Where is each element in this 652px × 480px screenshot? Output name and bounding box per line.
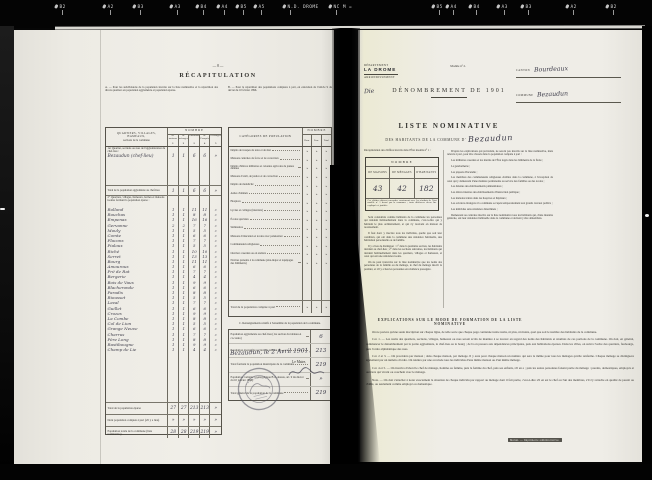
- row-label: Population agglomérée au chef-lieu (1re …: [229, 330, 310, 343]
- cell-value: 213: [200, 403, 211, 414]
- dotted-leader: [264, 210, 300, 211]
- page-title: RÉCAPITULATION: [103, 72, 333, 79]
- film-mark: A2: [566, 4, 577, 10]
- film-left-margin: [0, 26, 14, 480]
- film-artifact: [235, 4, 239, 9]
- table-row: Dépôts de troupes de terre et de mer » »…: [229, 147, 331, 156]
- row-label: Ouvriers casernés ou en ateliers: [229, 250, 303, 259]
- cell-value: »: [303, 224, 312, 233]
- section-heading-row: 2° Quartiers, villages, hameaux, fermes …: [106, 196, 221, 207]
- dotted-leader: [267, 253, 300, 254]
- cell-value: »: [210, 415, 221, 426]
- table-row: Maisons d'éducation et écoles avec pensi…: [229, 233, 331, 242]
- paragraph: Les élèves internes des établissements d…: [447, 191, 553, 194]
- row-label: Séminaires: [229, 224, 303, 233]
- film-mark-label: B5: [437, 5, 443, 10]
- cell-value: »: [322, 259, 331, 268]
- department-value: LA DROME: [364, 67, 416, 72]
- cell-value: »: [303, 301, 312, 313]
- paragraph: Col. 1. — Les noms des quartiers, sectio…: [366, 337, 634, 351]
- film-mark-label: B4: [474, 5, 480, 10]
- total-row: Population totale de la commune (liste n…: [106, 426, 221, 438]
- cell-value: 1: [168, 186, 179, 195]
- cell-value: »: [303, 242, 312, 251]
- row-label: Écoles spéciales: [229, 216, 303, 225]
- category-rows: Dépôts de troupes de terre et de mer » »…: [229, 147, 331, 267]
- cell-value: »: [312, 301, 321, 313]
- paragraph: Les individus sans résidence déterminée …: [447, 208, 553, 211]
- cell-value: »: [189, 415, 200, 426]
- film-mark: A4: [446, 4, 457, 10]
- explanations-heading: EXPLICATIONS SUR LE MODE DE FORMATION DE…: [364, 318, 536, 326]
- cell-value: 1: [168, 147, 179, 164]
- count-table-values: 43 42 182: [366, 179, 438, 199]
- film-artifact: [169, 4, 173, 9]
- cell-value: »: [303, 207, 312, 216]
- note-a: A. — Pour les subdivisions de la populat…: [105, 86, 218, 93]
- cell-value: 6: [200, 147, 211, 164]
- film-artifact: [645, 214, 649, 217]
- left-column-paragraphs: Sont considérés comme habitants de la co…: [364, 216, 442, 274]
- column-header: de ménages2: [179, 135, 190, 147]
- film-mark-label: NC M =: [334, 5, 353, 10]
- dotted-leader: [272, 150, 300, 151]
- cell-value: »: [312, 181, 321, 190]
- dotted-leader: [242, 202, 300, 203]
- cell-value: »: [303, 181, 312, 190]
- cell-value: »: [312, 164, 321, 173]
- paragraph: Il faut donc y inscrire tous les individ…: [364, 232, 442, 242]
- film-artifact: [565, 4, 569, 9]
- cell-value: »: [322, 147, 331, 156]
- cell-value: »: [322, 250, 331, 259]
- paragraph: Nota. — On doit s'attacher à noter exact…: [366, 378, 634, 387]
- cell-value: »: [312, 147, 321, 156]
- dotted-leader: [255, 185, 300, 186]
- recap-table-quartiers: QUARTIERS, VILLAGES, HAMEAUX, sections d…: [105, 127, 222, 435]
- table-row: Séminaires » » »: [229, 224, 331, 233]
- row-label: Total de la population agglomérée au che…: [106, 186, 168, 195]
- cell-value: »: [312, 233, 321, 242]
- menages-count: 42: [390, 179, 414, 198]
- paragraph: Les piquets d'incendie ;: [447, 171, 553, 174]
- cell-value: 1: [179, 147, 190, 164]
- table-row: Dépôts de mendicité » » »: [229, 181, 331, 190]
- cell-value: »: [303, 250, 312, 259]
- handwritten-entry: Bezaudun (chef-lieu): [108, 154, 166, 159]
- dotted-leader: [284, 236, 300, 237]
- canton-label: CANTON: [516, 69, 530, 72]
- dotted-leader: [260, 245, 299, 246]
- table-header: QUARTIERS, VILLAGES, HAMEAUX, sections d…: [106, 128, 221, 147]
- dotted-leader: [249, 193, 300, 194]
- subtotal-row: Total de la population agglomérée au che…: [106, 185, 221, 196]
- row-label: Total de la population comptée à part: [229, 301, 303, 313]
- cell-value: »: [200, 415, 211, 426]
- cell-value: »: [322, 301, 331, 313]
- table-row: Dépôts d'élèves militaires et colonies a…: [229, 164, 331, 173]
- table-header: CATÉGORIES DE POPULATION NOMBRE Hom. Fem…: [229, 128, 331, 147]
- cell-value: »: [303, 156, 312, 165]
- row-label: Dépôts de mendicité: [229, 181, 303, 190]
- subtitle-commune-value: Bezaudun: [467, 133, 512, 144]
- canton-block: CANTON Bourdeaux COMMUNE Bezaudun: [516, 58, 621, 103]
- row-label: Population totale de la commune (liste n…: [106, 427, 168, 438]
- cell-value: »: [168, 415, 179, 426]
- paragraph: Les malades traités dans les hospices et…: [447, 197, 553, 200]
- cell-value: »: [303, 233, 312, 242]
- column-header: de Français4: [200, 135, 211, 147]
- cell-value: »: [312, 224, 321, 233]
- film-mark-label: A4: [222, 5, 228, 10]
- cell-value: 6: [189, 186, 200, 195]
- cell-value: 28: [168, 427, 179, 438]
- left-page-recapitulation: — 8 — RÉCAPITULATION A. — Pour les subdi…: [14, 30, 334, 464]
- column-header: de maisons1: [168, 135, 179, 147]
- maisons-count: 43: [366, 179, 390, 198]
- cell-value: »: [322, 173, 331, 182]
- film-mark: A4: [217, 4, 228, 10]
- film-mark-label: B2: [60, 5, 66, 10]
- film-mark: N.D. DROME: [283, 4, 319, 10]
- cell-value: »: [312, 156, 321, 165]
- film-mark: B5: [236, 4, 247, 10]
- dotted-leader: [295, 364, 307, 365]
- cell-value: »: [312, 199, 321, 208]
- film-mark-label: A5: [259, 5, 265, 10]
- film-mark: A2: [103, 4, 114, 10]
- film-artifact: [132, 4, 136, 9]
- cell-value: 28: [179, 427, 190, 438]
- table-row: 1er Quartier, sections ou rues de l'aggl…: [106, 147, 221, 164]
- table-row: Navires présents à la commune (état-majo…: [229, 259, 331, 268]
- spacer-row: [106, 352, 221, 402]
- row-label: Total de la population éparse: [106, 403, 168, 414]
- canton-value: Bourdeaux: [534, 65, 568, 73]
- row-label: Maisons centrales de force et de correct…: [229, 156, 303, 165]
- row-label: Hospices: [229, 199, 303, 208]
- total-row: Total de la population comptée à part » …: [229, 300, 331, 313]
- film-right-margin: [642, 26, 652, 480]
- cell-value: »: [303, 216, 312, 225]
- cell-value: »: [322, 224, 331, 233]
- dotted-leader: [298, 262, 300, 263]
- list-title: LISTE NOMINATIVE: [364, 122, 534, 130]
- paragraph: On ne peut transcrire sur la liste nomin…: [364, 261, 442, 271]
- film-mark: A5: [254, 4, 265, 10]
- table-row: Maisons centrales de force et de correct…: [229, 156, 331, 165]
- right-column-paragraphs: D'après les explications qui précèdent, …: [447, 150, 553, 223]
- row-label: Dépôts d'élèves militaires et colonies a…: [229, 164, 303, 173]
- cell-value: »: [322, 181, 331, 190]
- hamlet-rows: Rolland 1 1 11 11 » Rouchas 1 1 8 8 »: [106, 207, 221, 352]
- right-page-liste-nominative: DÉPARTEMENT LA DROME ARRONDISSEMENT Die …: [358, 30, 642, 462]
- cell-value: 27: [179, 403, 190, 414]
- nombre-header: NOMBRE: [366, 158, 438, 167]
- dotted-leader: [244, 228, 300, 229]
- film-artifact: [54, 4, 58, 9]
- film-strip: B2 A2 B3 A3 B4 A4 B5 A5 N.D. DROME NC M …: [0, 0, 652, 28]
- census-title: DÉNOMBREMENT DE 1901: [364, 88, 534, 94]
- cell-value: »: [322, 233, 331, 242]
- cell-value: 27: [168, 403, 179, 414]
- column-subheader: sections de la commune: [108, 139, 166, 142]
- list-subtitle: DES HABITANTS DE LA COMMUNE D' Bezaudun: [364, 134, 534, 143]
- totals-rows: Total de la population éparse 27 27 213 …: [106, 402, 221, 438]
- paragraph: Les militaires casernés et les marins de…: [447, 159, 553, 162]
- row-label: Lycées et collèges (internats): [229, 207, 303, 216]
- column-header: DE MÉNAGES: [390, 167, 414, 178]
- paragraph: Les détenus des établissements pénitenti…: [447, 185, 553, 188]
- cell-value: »: [303, 147, 312, 156]
- spacer-row: [229, 267, 331, 300]
- film-mark: NC M =: [329, 4, 352, 10]
- film-artifact: [605, 4, 609, 9]
- subtitle-prefix: DES HABITANTS DE LA COMMUNE D': [385, 138, 466, 142]
- cell-value: 219: [200, 427, 211, 438]
- column-header: Hom.: [303, 135, 312, 147]
- paragraph: D'après les explications qui précèdent, …: [447, 150, 553, 157]
- film-mark: A3: [170, 4, 181, 10]
- paragraph: Les membres des communautés religieuses …: [447, 176, 553, 183]
- table-row: Ouvriers casernés ou en ateliers » » »: [229, 250, 331, 259]
- note-b: B. — Pour la répartition des populations…: [228, 86, 332, 93]
- dotted-leader: [284, 392, 307, 393]
- title-rule: [431, 97, 467, 98]
- count-table-footnote: Ces chiffres doivent concorder exactemen…: [366, 199, 438, 210]
- film-mark-label: B2: [611, 5, 617, 10]
- film-mark: B4: [196, 4, 207, 10]
- cell-value: »: [210, 403, 221, 414]
- cell-value: »: [210, 427, 221, 438]
- cell-value: 6: [189, 147, 200, 164]
- dotted-leader: [250, 219, 300, 220]
- dotted-leader: [298, 167, 300, 168]
- cell-value: »: [322, 199, 331, 208]
- section-label: 2° Quartiers, villages, hameaux, fermes …: [106, 196, 168, 207]
- row-label: Dépôts de troupes de terre et de mer: [229, 147, 303, 156]
- commune-label: COMMUNE: [516, 94, 533, 97]
- cell-value: »: [303, 190, 312, 199]
- cell-value: »: [312, 250, 321, 259]
- mayor-signature: [288, 366, 326, 378]
- paragraph: Les ouvriers étrangers à la commune occu…: [447, 202, 553, 205]
- row-label: Communautés religieuses: [229, 242, 303, 251]
- column-header: D'HABITANTS: [415, 167, 438, 178]
- film-mark-label: A4: [451, 5, 457, 10]
- cell-value: »: [210, 147, 221, 164]
- printer-imprint: Melun. — Imprimerie administrative.: [508, 438, 562, 442]
- cell-value: »: [303, 164, 312, 173]
- page-number: — 8 —: [103, 64, 333, 68]
- film-artifact: [253, 4, 257, 9]
- cell-value: »: [303, 173, 312, 182]
- film-artifact: [445, 4, 449, 9]
- row-label: Maisons d'éducation et écoles avec pensi…: [229, 233, 303, 242]
- explanation-paragraphs: On ne portera qu'une seule inscription s…: [366, 330, 634, 389]
- paragraph: Il y a lieu de distinguer : 1° dans la p…: [364, 245, 442, 259]
- column-header: QUARTIERS, VILLAGES, HAMEAUX,: [108, 132, 166, 139]
- film-mark: B2: [55, 4, 66, 10]
- column-header: d'étrangers5: [210, 135, 221, 147]
- row-label: Maisons d'arrêt, de justice et de correc…: [229, 173, 303, 182]
- table-row: Lycées et collèges (internats) » » »: [229, 207, 331, 216]
- total-row: Total de la population éparse 27 27 213 …: [106, 402, 221, 414]
- cell-value: 6: [200, 186, 211, 195]
- recap-table-categories: CATÉGORIES DE POPULATION NOMBRE Hom. Fem…: [228, 127, 332, 317]
- cell-value: 219: [189, 427, 200, 438]
- cell-value: »: [303, 199, 312, 208]
- row-label: Navires présents à la commune (état-majo…: [229, 259, 303, 268]
- film-artifact: [102, 4, 106, 9]
- cell-value: »: [210, 186, 221, 195]
- film-artifact: [328, 4, 332, 9]
- intro-line: Récapitulation des chiffres inscrits dan…: [364, 149, 440, 152]
- table-title: CATÉGORIES DE POPULATION: [229, 128, 303, 146]
- dotted-leader: [306, 378, 308, 379]
- film-mark-label: B5: [241, 5, 247, 10]
- section-label: 1er Quartier, sections ou rues de l'aggl…: [108, 147, 166, 154]
- modele-label: Modèle n° 2.: [428, 64, 488, 68]
- cell-value: »: [312, 207, 321, 216]
- film-artifact: [431, 4, 435, 9]
- row-label: Dont population comptée à part (s'il y a…: [106, 415, 168, 426]
- film-artifact: [520, 4, 524, 9]
- cell-value: 6: [310, 330, 331, 343]
- film-artifact: [195, 4, 199, 9]
- film-mark-label: A2: [108, 5, 114, 10]
- cell-value: »: [322, 242, 331, 251]
- film-mark-label: B3: [138, 5, 144, 10]
- film-mark-label: A2: [571, 5, 577, 10]
- cell-value: »: [322, 156, 331, 165]
- dotted-leader: [280, 159, 300, 160]
- column-divider: [443, 150, 444, 308]
- habitants-count: 182: [415, 179, 438, 198]
- film-artifact: [0, 208, 5, 210]
- film-artifact: [496, 4, 500, 9]
- cell-value: 1: [179, 186, 190, 195]
- cell-value: »: [179, 415, 190, 426]
- cell-value: »: [312, 190, 321, 199]
- cell-value: 213: [189, 403, 200, 414]
- dotted-leader: [276, 306, 300, 307]
- cell-value: »: [312, 259, 321, 268]
- row-label: Asiles d'aliénés: [229, 190, 303, 199]
- microfilm-frame: B2 A2 B3 A3 B4 A4 B5 A5 N.D. DROME NC M …: [0, 0, 652, 480]
- table-row: Population agglomérée au chef-lieu (1re …: [229, 330, 331, 344]
- film-mark: B2: [606, 4, 617, 10]
- column-header: Total: [322, 135, 331, 147]
- table-row: Communautés religieuses » » »: [229, 242, 331, 251]
- film-mark: B5: [432, 4, 443, 10]
- column-header: DE MAISONS: [366, 167, 390, 178]
- commune-value: Bezaudun: [537, 90, 568, 98]
- paragraph: Demeurent au contraire inscrits sur la l…: [447, 214, 553, 221]
- film-bottom-margin: [0, 464, 652, 480]
- table-row: Asiles d'aliénés » » »: [229, 190, 331, 199]
- paragraph: Col. 4 et 5. — On inscrira d'abord le ch…: [366, 366, 634, 375]
- cell-value: »: [312, 242, 321, 251]
- count-table: NOMBRE DE MAISONS DE MÉNAGES D'HABITANTS…: [365, 157, 439, 211]
- dotted-leader: [279, 176, 300, 177]
- film-artifact: [282, 4, 286, 9]
- cell-value: »: [322, 216, 331, 225]
- film-mark-label: A3: [175, 5, 181, 10]
- total-row: Dont population comptée à part (s'il y a…: [106, 414, 221, 426]
- film-artifact: [216, 4, 220, 9]
- column-header: d'habitants3: [189, 135, 200, 147]
- table-row: Écoles spéciales » » »: [229, 216, 331, 225]
- cell-value: »: [312, 216, 321, 225]
- table-row: Hospices » » »: [229, 199, 331, 208]
- dotted-leader: [306, 336, 308, 337]
- section-c-heading: C. Renseignements relatifs à l'ensemble …: [228, 322, 332, 325]
- count-table-headers: DE MAISONS DE MÉNAGES D'HABITANTS: [366, 167, 438, 179]
- table-row: Maisons d'arrêt, de justice et de correc…: [229, 173, 331, 182]
- column-header: Fem.: [312, 135, 321, 147]
- spacer-row: [106, 164, 221, 185]
- cell-value: »: [322, 207, 331, 216]
- cell-value: »: [312, 173, 321, 182]
- arrondissement-label: ARRONDISSEMENT: [364, 76, 416, 79]
- signer-label: Le Maire,: [292, 360, 306, 364]
- film-mark: B3: [133, 4, 144, 10]
- paragraph: La gendarmerie ;: [447, 165, 553, 168]
- film-mark-label: B4: [201, 5, 207, 10]
- film-mark-label: N.D. DROME: [288, 5, 319, 10]
- film-mark: B3: [521, 4, 532, 10]
- paragraph: Col. 2 et 3. — On procédera par maison ;…: [366, 354, 634, 363]
- film-mark-label: B3: [526, 5, 532, 10]
- film-mark-label: A3: [502, 5, 508, 10]
- cell-value: 219: [310, 387, 331, 400]
- film-artifact: [468, 4, 472, 9]
- paragraph: Sont considérés comme habitants de la co…: [364, 216, 442, 230]
- film-mark: A3: [497, 4, 508, 10]
- film-mark: B4: [469, 4, 480, 10]
- paragraph: On ne portera qu'une seule inscription s…: [366, 330, 634, 335]
- cell-value: »: [322, 190, 331, 199]
- cell-value: »: [322, 164, 331, 173]
- cell-value: »: [303, 259, 312, 268]
